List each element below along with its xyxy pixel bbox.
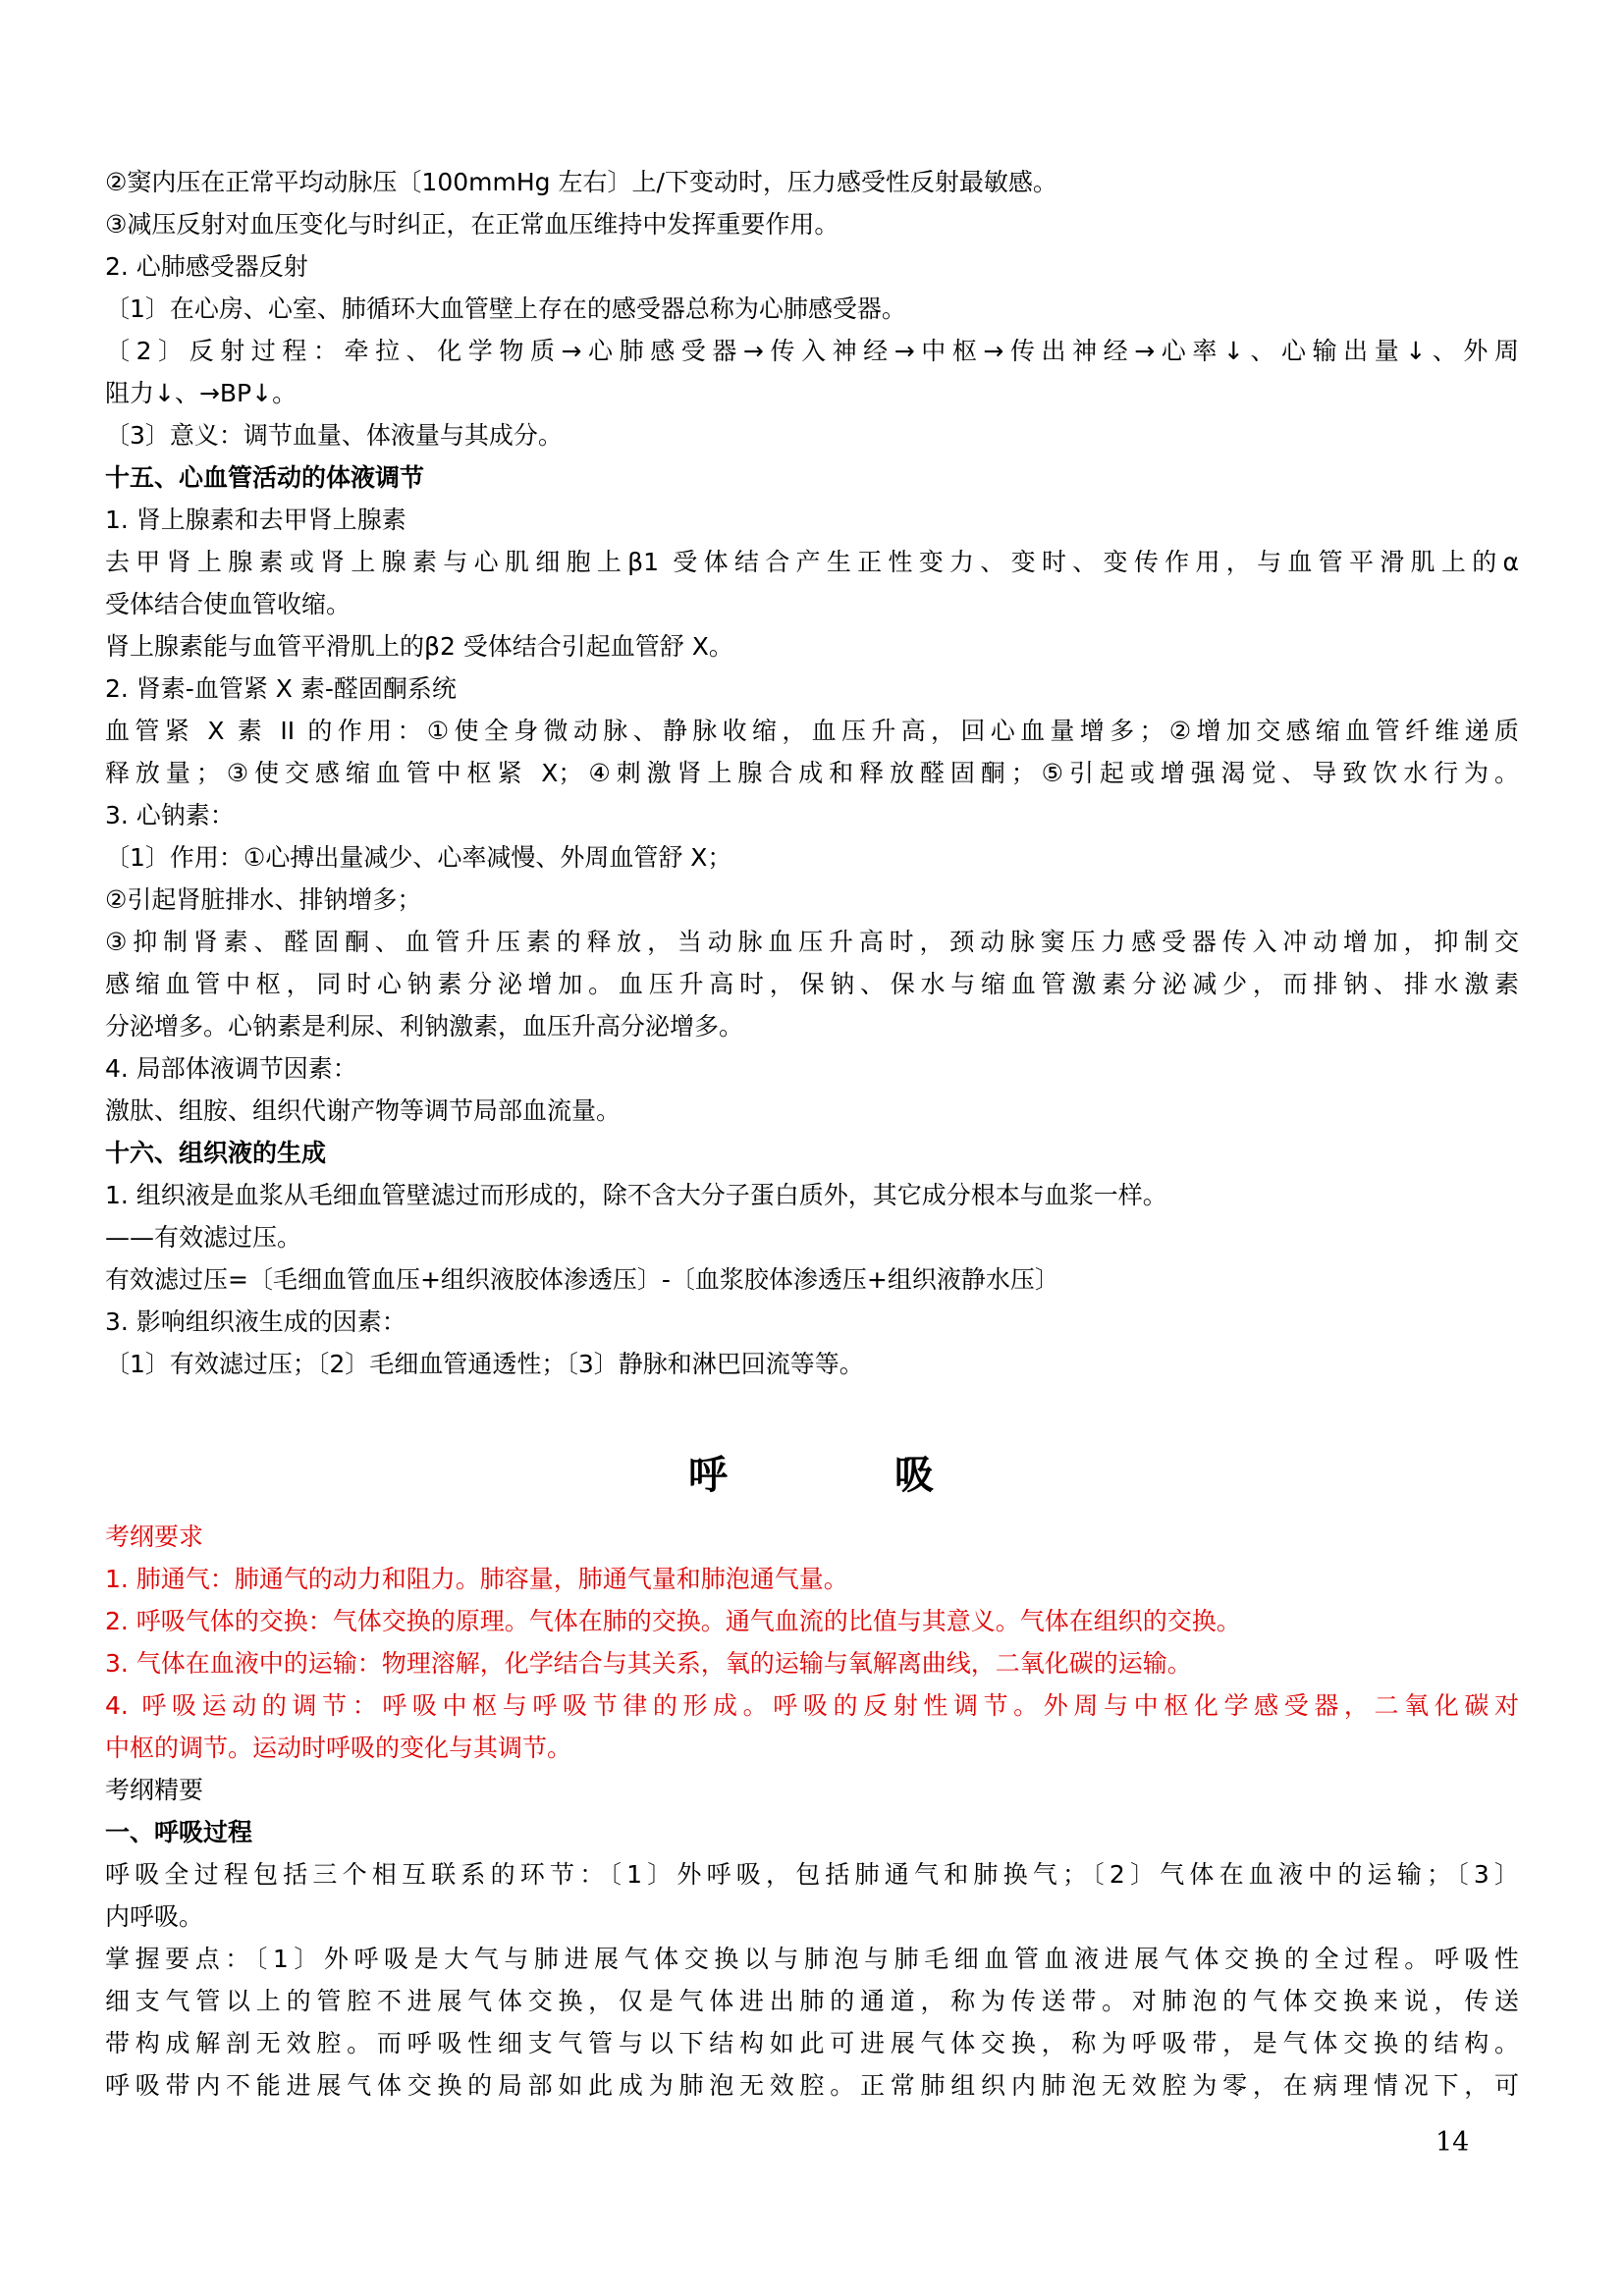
text-line: 去甲肾上腺素或肾上腺素与心肌细胞上β1 受体结合产生正性变力、变时、变传作用，与… [105,541,1519,583]
exam-digest-heading: 考纲精要 [105,1769,1519,1811]
text-line: 1. 组织液是血浆从毛细血管壁滤过而形成的，除不含大分子蛋白质外，其它成分根本与… [105,1174,1519,1216]
text-line: 感缩血管中枢，同时心钠素分泌增加。血压升高时，保钠、保水与缩血管激素分泌减少，而… [105,963,1519,1005]
text-line: 〔1〕在心房、心室、肺循环大血管壁上存在的感受器总称为心肺感受器。 [105,288,1519,330]
text-line: 1. 肺通气：肺通气的动力和阻力。肺容量，肺通气量和肺泡通气量。 [105,1558,1519,1600]
text-line: 细支气管以上的管腔不进展气体交换，仅是气体进出肺的通道，称为传送带。对肺泡的气体… [105,1980,1519,2022]
text-line: 中枢的调节。运动时呼吸的变化与其调节。 [105,1727,1519,1769]
chapter-title: 呼 吸 [105,1446,1519,1505]
text-line: 带构成解剖无效腔。而呼吸性细支气管与以下结构如此可进展气体交换，称为呼吸带，是气… [105,2022,1519,2064]
text-line: 受体结合使血管收缩。 [105,583,1519,625]
text-line: 4. 呼吸运动的调节：呼吸中枢与呼吸节律的形成。呼吸的反射性调节。外周与中枢化学… [105,1684,1519,1727]
text-line: ③减压反射对血压变化与时纠正，在正常血压维持中发挥重要作用。 [105,203,1519,245]
text-line: 呼吸全过程包括三个相互联系的环节：〔1〕外呼吸，包括肺通气和肺换气；〔2〕气体在… [105,1853,1519,1896]
text-line: 〔2〕反射过程：牵拉、化学物质→心肺感受器→传入神经→中枢→传出神经→心率↓、心… [105,330,1519,372]
section-heading: 十五、心血管活动的体液调节 [105,456,1519,499]
text-line: 2. 肾素-血管紧 X 素-醛固酮系统 [105,667,1519,710]
page-number: 14 [1435,2128,1494,2158]
text-line: 4. 局部体液调节因素： [105,1047,1519,1090]
text-line: 〔1〕作用：①心搏出量减少、心率减慢、外周血管舒 X； [105,836,1519,879]
section-heading: 十六、组织液的生成 [105,1132,1519,1174]
exam-outline-heading: 考纲要求 [105,1516,1519,1558]
text-line: ②引起肾脏排水、排钠增多； [105,879,1519,921]
document-body: ②窦内压在正常平均动脉压〔100mmHg 左右〕上/下变动时，压力感受性反射最敏… [105,161,1519,2107]
text-line: ③抑制肾素、醛固酮、血管升压素的释放，当动脉血压升高时，颈动脉窦压力感受器传入冲… [105,921,1519,963]
text-line: 分泌增多。心钠素是利尿、利钠激素，血压升高分泌增多。 [105,1005,1519,1047]
text-line: 2. 心肺感受器反射 [105,245,1519,288]
text-line: 〔3〕意义：调节血量、体液量与其成分。 [105,414,1519,456]
text-line: 〔1〕有效滤过压；〔2〕毛细血管通透性；〔3〕静脉和淋巴回流等等。 [105,1343,1519,1385]
text-line: 3. 气体在血液中的运输：物理溶解，化学结合与其关系，氧的运输与氧解离曲线，二氧… [105,1642,1519,1684]
text-line: 有效滤过压=〔毛细血管血压+组织液胶体渗透压〕-〔血浆胶体渗透压+组织液静水压〕 [105,1258,1519,1301]
text-line: 掌握要点：〔1〕外呼吸是大气与肺进展气体交换以与肺泡与肺毛细血管血液进展气体交换… [105,1938,1519,1980]
document-page: ②窦内压在正常平均动脉压〔100mmHg 左右〕上/下变动时，压力感受性反射最敏… [0,0,1624,2296]
text-line: 阻力↓、→BP↓。 [105,372,1519,414]
text-line: 呼吸带内不能进展气体交换的局部如此成为肺泡无效腔。正常肺组织内肺泡无效腔为零，在… [105,2064,1519,2107]
text-line: 内呼吸。 [105,1896,1519,1938]
text-line: 1. 肾上腺素和去甲肾上腺素 [105,499,1519,541]
section-heading: 一、呼吸过程 [105,1811,1519,1853]
text-line: ②窦内压在正常平均动脉压〔100mmHg 左右〕上/下变动时，压力感受性反射最敏… [105,161,1519,203]
text-line: 血管紧 X 素 II 的作用：①使全身微动脉、静脉收缩，血压升高，回心血量增多；… [105,710,1519,752]
text-line: 激肽、组胺、组织代谢产物等调节局部血流量。 [105,1090,1519,1132]
text-line: 肾上腺素能与血管平滑肌上的β2 受体结合引起血管舒 X。 [105,625,1519,667]
text-line: 2. 呼吸气体的交换：气体交换的原理。气体在肺的交换。通气血流的比值与其意义。气… [105,1600,1519,1642]
text-line: 3. 心钠素： [105,794,1519,836]
text-line: ——有效滤过压。 [105,1216,1519,1258]
text-line: 3. 影响组织液生成的因素： [105,1301,1519,1343]
text-line: 释放量；③使交感缩血管中枢紧 X；④刺激肾上腺合成和释放醛固酮；⑤引起或增强渴觉… [105,752,1519,794]
